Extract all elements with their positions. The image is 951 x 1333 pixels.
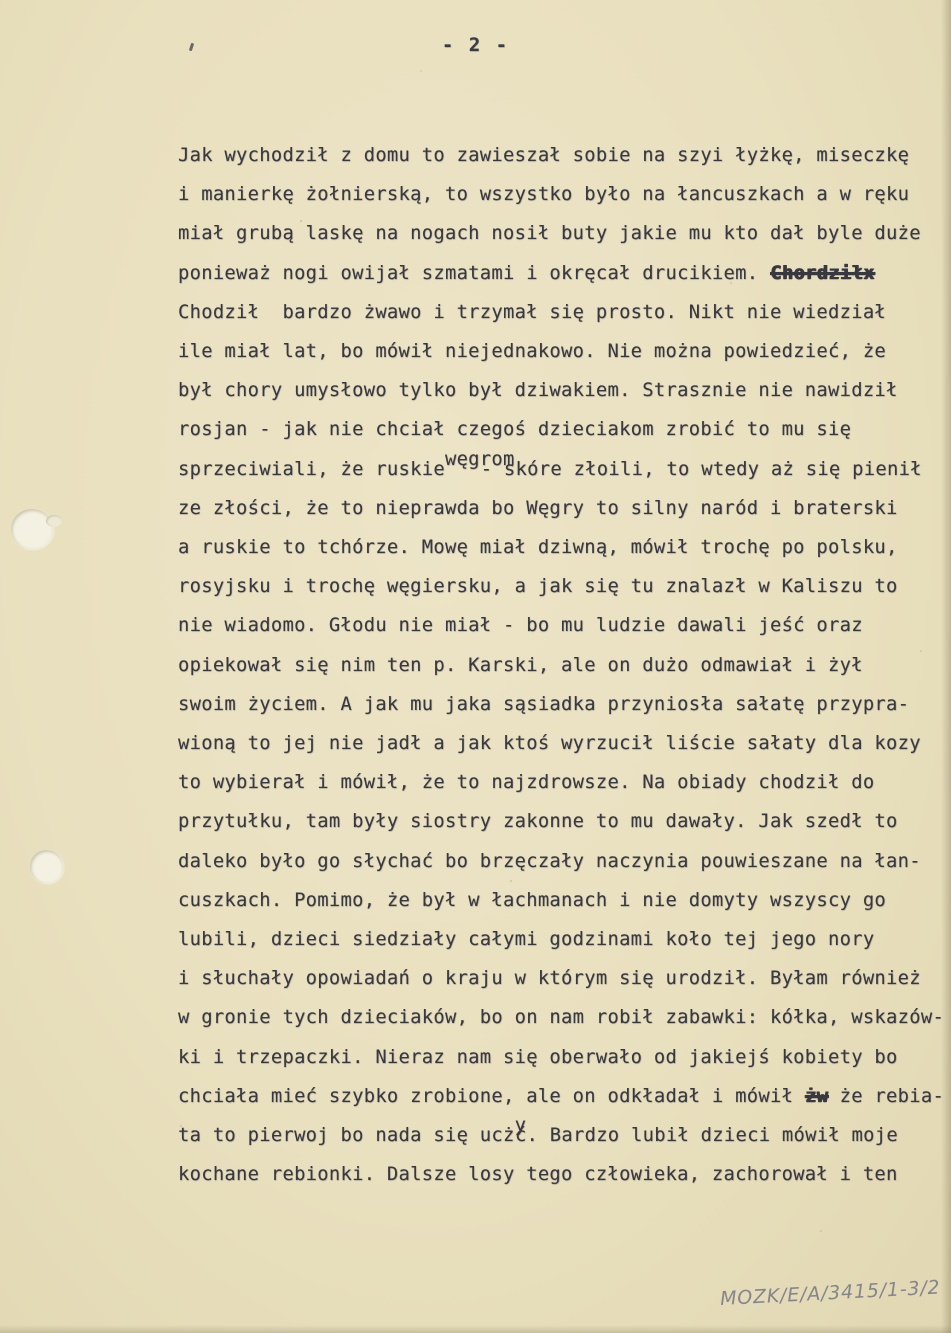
text-segment: Chodził bardzo żwawo i trzymał się prost…	[178, 302, 886, 323]
text-line: ponieważ nogi owijał szmatami i okręcał …	[178, 254, 950, 293]
text-segment-sup: y	[515, 1115, 527, 1136]
text-segment: przytułku, tam były siostry zakonne to m…	[178, 811, 898, 832]
text-line: ze złości, że to nieprawda bo Węgry to s…	[178, 489, 950, 528]
text-line: był chory umysłowo tylko był dziwakiem. …	[178, 371, 950, 410]
text-segment: nie wiadomo. Głodu nie miał - bo mu ludz…	[178, 615, 863, 636]
text-line: miał grubą laskę na nogach nosił buty ja…	[178, 214, 950, 253]
text-line: rosjan - jak nie chciał czegoś dzieciako…	[178, 410, 950, 449]
text-segment: ile miał lat, bo mówił niejednakowo. Nie…	[178, 341, 886, 362]
text-segment: kochane rebionki. Dalsze losy tego człow…	[178, 1164, 898, 1185]
text-segment: sprzeciwiali, że ruskie	[178, 459, 445, 480]
scan-edge-right	[941, 0, 951, 1333]
text-segment-sup: węgrom	[445, 449, 515, 470]
paper-speckles	[300, 220, 302, 222]
text-segment: ta to pierwoj bo nada się ucż	[178, 1125, 515, 1146]
text-segment: i manierkę żołnierską, to wszystko było …	[178, 184, 909, 205]
text-line: opiekował się nim ten p. Karski, ale on …	[178, 646, 950, 685]
text-line: i słuchały opowiadań o kraju w którym si…	[178, 959, 950, 998]
text-line: nie wiadomo. Głodu nie miał - bo mu ludz…	[178, 606, 950, 645]
text-line: daleko było go słychać bo brzęczały nacz…	[178, 842, 950, 881]
text-line: kochane rebionki. Dalsze losy tego człow…	[178, 1155, 950, 1194]
text-line: Jak wychodził z domu to zawieszał sobie …	[178, 136, 950, 175]
text-segment: a ruskie to tchórze. Mowę miał dziwną, m…	[178, 537, 898, 558]
text-line: ile miał lat, bo mówił niejednakowo. Nie…	[178, 332, 950, 371]
text-segment: i słuchały opowiadań o kraju w którym si…	[178, 968, 921, 989]
text-segment: ponieważ nogi owijał szmatami i okręcał …	[178, 263, 770, 284]
text-segment-struck: żw	[805, 1086, 828, 1107]
text-segment: Jak wychodził z domu to zawieszał sobie …	[178, 145, 909, 166]
text-line: lubili, dzieci siedziały całymi godzinam…	[178, 920, 950, 959]
text-line: cuszkach. Pomimo, że był w łachmanach i …	[178, 881, 950, 920]
text-segment: swoim życiem. A jak mu jaka sąsiadka prz…	[178, 694, 909, 715]
text-segment: rosjan - jak nie chciał czegoś dzieciako…	[178, 419, 851, 440]
text-segment: - skóre złoili, to wtedy aż się pienił	[481, 459, 922, 480]
text-segment: ć. Bardzo lubił dzieci mówił moje	[515, 1125, 898, 1146]
text-segment: ki i trzepaczki. Nieraz nam się oberwało…	[178, 1047, 898, 1068]
text-segment: cuszkach. Pomimo, że był w łachmanach i …	[178, 890, 886, 911]
text-line: chciała mieć szybko zrobione, ale on odk…	[178, 1077, 950, 1116]
typewritten-text: Jak wychodził z domu to zawieszał sobie …	[178, 136, 950, 1194]
text-line: to wybierał i mówił, że to najzdrowsze. …	[178, 763, 950, 802]
text-segment: lubili, dzieci siedziały całymi godzinam…	[178, 929, 874, 950]
document-page: - 2 - Jak wychodził z domu to zawieszał …	[0, 0, 951, 1333]
text-line: Chodził bardzo żwawo i trzymał się prost…	[178, 293, 950, 332]
text-segment: to wybierał i mówił, że to najzdrowsze. …	[178, 772, 874, 793]
page-number: - 2 -	[0, 34, 951, 56]
text-segment: że rebia-	[828, 1086, 944, 1107]
text-segment: był chory umysłowo tylko był dziwakiem. …	[178, 380, 898, 401]
text-line: ta to pierwoj bo nada się ucżyć. Bardzo …	[178, 1116, 950, 1155]
scan-edge-bottom	[0, 1325, 951, 1333]
text-segment-struck: Chordziłx	[770, 263, 874, 284]
text-segment: chciała mieć szybko zrobione, ale on odk…	[178, 1086, 805, 1107]
text-line: i manierkę żołnierską, to wszystko było …	[178, 175, 950, 214]
text-segment: daleko było go słychać bo brzęczały nacz…	[178, 851, 921, 872]
text-segment: wioną to jej nie jadł a jak ktoś wyrzuci…	[178, 733, 921, 754]
text-line: wioną to jej nie jadł a jak ktoś wyrzuci…	[178, 724, 950, 763]
text-segment: rosyjsku i trochę węgiersku, a jak się t…	[178, 576, 898, 597]
punch-hole-bottom	[30, 850, 63, 883]
punch-hole-top	[11, 509, 53, 549]
text-line: rosyjsku i trochę węgiersku, a jak się t…	[178, 567, 950, 606]
text-segment: ze złości, że to nieprawda bo Węgry to s…	[178, 498, 898, 519]
text-line: a ruskie to tchórze. Mowę miał dziwną, m…	[178, 528, 950, 567]
text-line: ki i trzepaczki. Nieraz nam się oberwało…	[178, 1038, 950, 1077]
archival-reference-handwritten: MOZK/E/A/3415/1-3/2	[720, 1276, 951, 1310]
text-segment: miał grubą laskę na nogach nosił buty ja…	[178, 223, 921, 244]
text-segment: w gronie tych dzieciaków, bo on nam robi…	[178, 1007, 944, 1028]
text-line: swoim życiem. A jak mu jaka sąsiadka prz…	[178, 685, 950, 724]
text-segment: opiekował się nim ten p. Karski, ale on …	[178, 655, 863, 676]
text-line: przytułku, tam były siostry zakonne to m…	[178, 802, 950, 841]
text-line: w gronie tych dzieciaków, bo on nam robi…	[178, 998, 950, 1037]
text-line: sprzeciwiali, że ruskiewęgrom- skóre zło…	[178, 450, 950, 489]
